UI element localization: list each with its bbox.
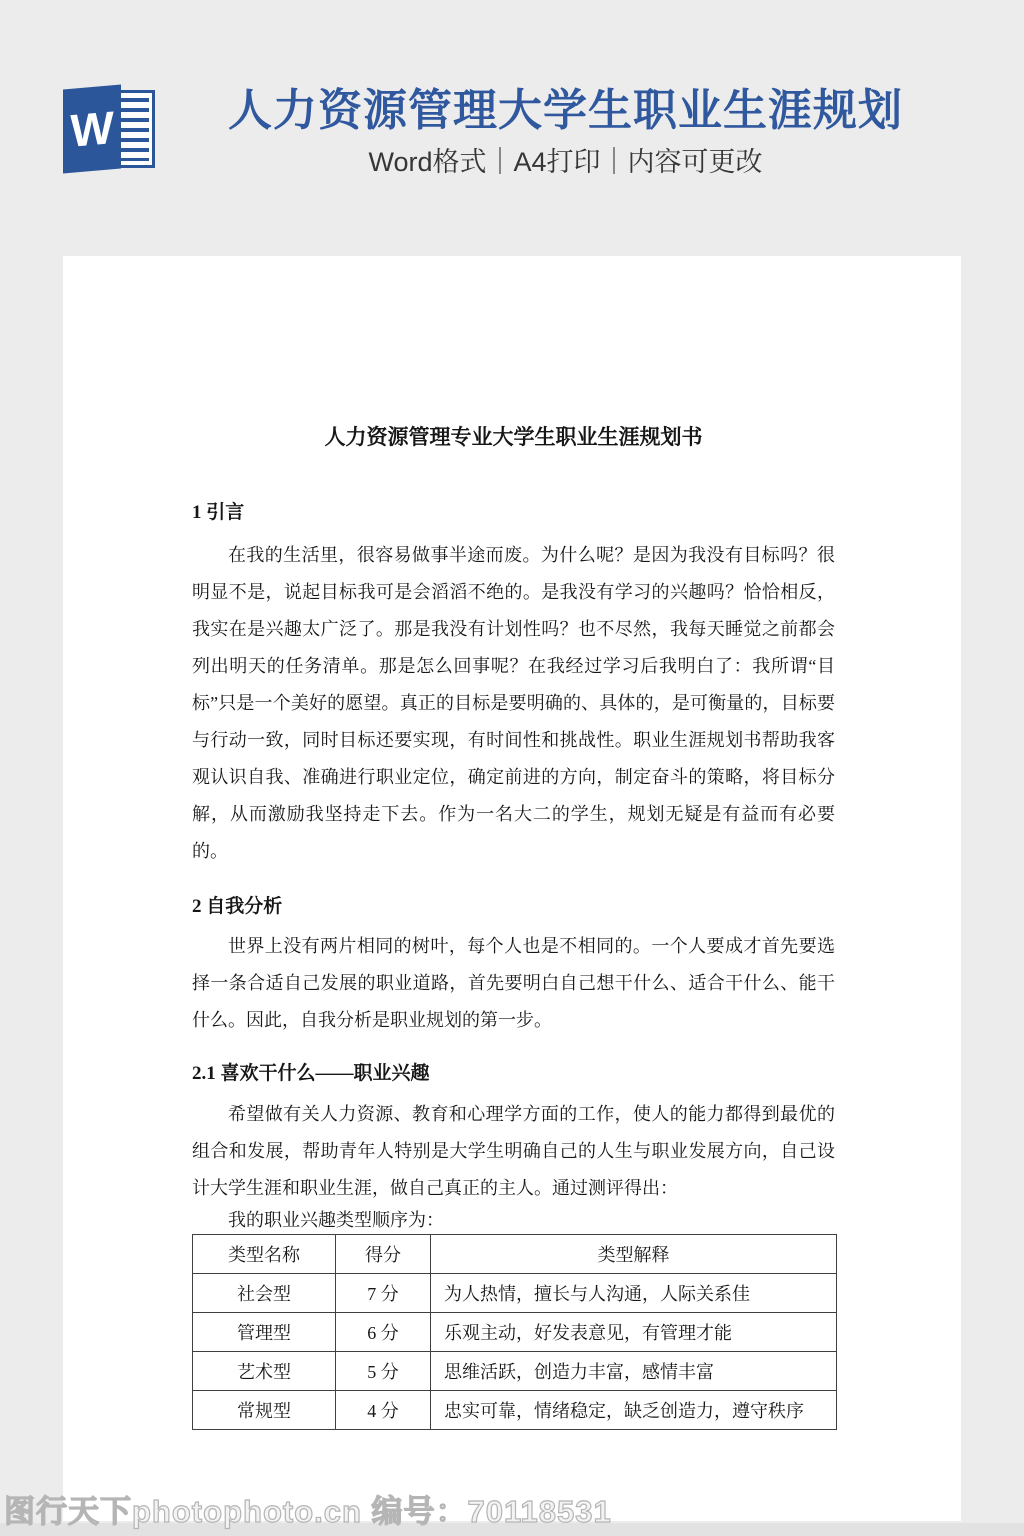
document-page: 人力资源管理专业大学生职业生涯规划书 1 引言 在我的生活里，很容易做事半途而废… (63, 256, 961, 1521)
table-row: 社会型 7 分 为人热情，擅长与人沟通，人际关系佳 (193, 1274, 837, 1313)
section-heading-2: 2 自我分析 (192, 894, 835, 920)
document-title: 人力资源管理专业大学生职业生涯规划书 (192, 422, 835, 452)
site-watermark: 图行天下photophoto.cn 编号：70118531 (4, 1486, 612, 1531)
col-header-explanation: 类型解释 (431, 1235, 837, 1274)
cell-type-name: 社会型 (193, 1274, 336, 1313)
cell-score: 4 分 (336, 1391, 431, 1430)
header: W 人力资源管理大学生职业生涯规划 Word格式｜A4打印｜内容可更改 (63, 85, 974, 178)
section-heading-2-1: 2.1 喜欢干什么——职业兴趣 (192, 1061, 835, 1087)
cell-explanation: 乐观主动，好发表意见，有管理才能 (431, 1313, 837, 1352)
cell-explanation: 忠实可靠，情绪稳定，缺乏创造力，遵守秩序 (431, 1391, 837, 1430)
cell-type-name: 艺术型 (193, 1352, 336, 1391)
word-w-letter: W (70, 104, 113, 154)
table-lead-line: 我的职业兴趣类型顺序为： (192, 1207, 835, 1234)
cell-score: 6 分 (336, 1313, 431, 1352)
table-row: 常规型 4 分 忠实可靠，情绪稳定，缺乏创造力，遵守秩序 (193, 1391, 837, 1430)
page-title: 人力资源管理大学生职业生涯规划 (157, 85, 974, 137)
cell-type-name: 管理型 (193, 1313, 336, 1352)
interest-type-table: 类型名称 得分 类型解释 社会型 7 分 为人热情，擅长与人沟通，人际关系佳 管… (192, 1234, 837, 1430)
section-1-paragraph: 在我的生活里，很容易做事半途而废。为什么呢？是因为我没有目标吗？很明显不是，说起… (192, 537, 835, 870)
section-2-1-paragraph: 希望做有关人力资源、教育和心理学方面的工作，使人的能力都得到最优的组合和发展，帮… (192, 1096, 835, 1207)
section-2-paragraph: 世界上没有两片相同的树叶，每个人也是不相同的。一个人要成才首先要选择一条合适自己… (192, 928, 835, 1039)
table-row: 管理型 6 分 乐观主动，好发表意见，有管理才能 (193, 1313, 837, 1352)
header-text: 人力资源管理大学生职业生涯规划 Word格式｜A4打印｜内容可更改 (157, 85, 974, 178)
cell-explanation: 思维活跃，创造力丰富，感情丰富 (431, 1352, 837, 1391)
word-w-panel: W (63, 84, 121, 173)
col-header-type-name: 类型名称 (193, 1235, 336, 1274)
table-row: 艺术型 5 分 思维活跃，创造力丰富，感情丰富 (193, 1352, 837, 1391)
cell-explanation: 为人热情，擅长与人沟通，人际关系佳 (431, 1274, 837, 1313)
cell-type-name: 常规型 (193, 1391, 336, 1430)
cell-score: 7 分 (336, 1274, 431, 1313)
page-subtitle: Word格式｜A4打印｜内容可更改 (157, 146, 974, 178)
word-logo-icon: W (63, 85, 157, 173)
section-heading-1: 1 引言 (192, 500, 835, 526)
cell-score: 5 分 (336, 1352, 431, 1391)
col-header-score: 得分 (336, 1235, 431, 1274)
table-header-row: 类型名称 得分 类型解释 (193, 1235, 837, 1274)
